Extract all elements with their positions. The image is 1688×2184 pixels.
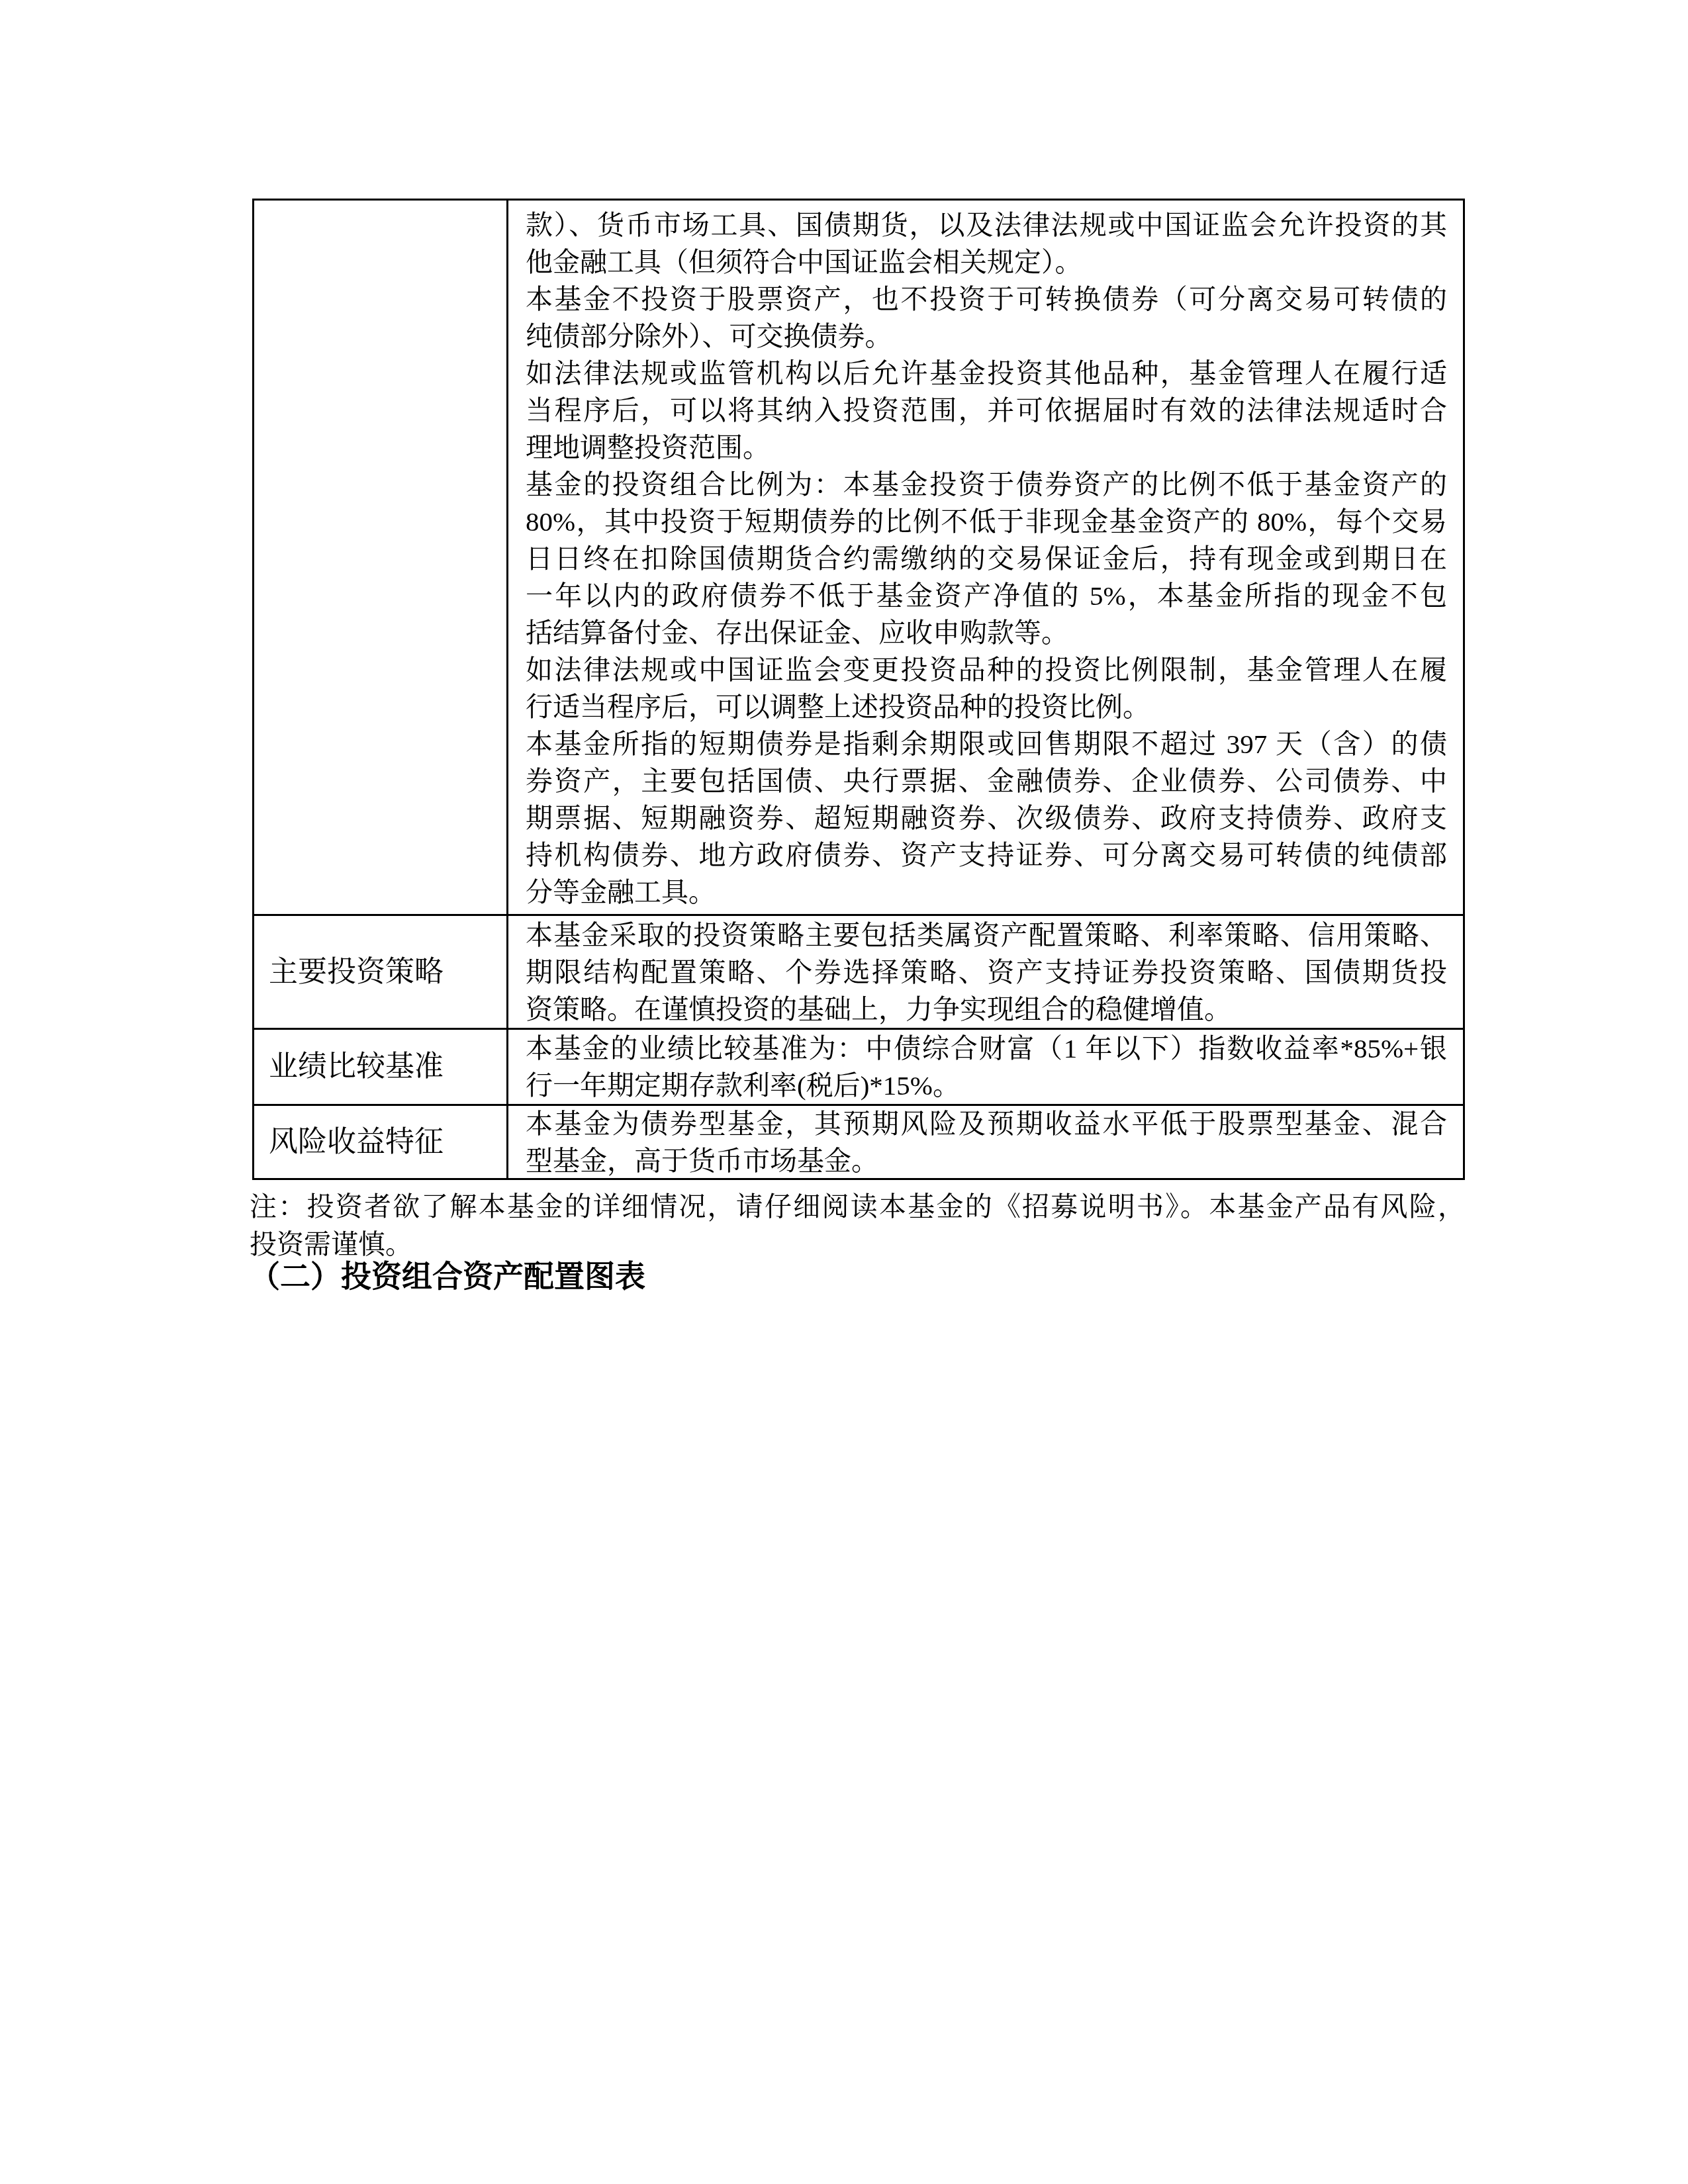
text-line: 行一年期定期存款利率(税后)*15%。 [526,1067,1447,1104]
text-line: 注：投资者欲了解本基金的详细情况，请仔细阅读本基金的《招募说明书》。本基金产品有… [250,1188,1465,1226]
text-line: 如法律法规或监管机构以后允许基金投资其他品种，基金管理人在履行适 [526,355,1447,392]
text-line: 分等金融工具。 [526,874,1447,911]
text-line: 本基金不投资于股票资产，也不投资于可转换债券（可分离交易可转债的 [526,281,1447,318]
text-line: 本基金采取的投资策略主要包括类属资产配置策略、利率策略、信用策略、 [526,917,1447,954]
text-line: 持机构债券、地方政府债券、资产支持证券、可分离交易可转债的纯债部 [526,837,1447,874]
table-row-risk-return: 风险收益特征 本基金为债券型基金，其预期风险及预期收益水平低于股票型基金、混合 … [254,1104,1463,1178]
text-line: 纯债部分除外）、可交换债券。 [526,318,1447,355]
text-line: 型基金，高于货币市场基金。 [526,1142,1447,1179]
text-line: 当程序后，可以将其纳入投资范围，并可依据届时有效的法律法规适时合 [526,392,1447,429]
text-line: 日日终在扣除国债期货合约需缴纳的交易保证金后，持有现金或到期日在 [526,540,1447,577]
text-line: 行适当程序后，可以调整上述投资品种的投资比例。 [526,688,1447,725]
footnote: 注：投资者欲了解本基金的详细情况，请仔细阅读本基金的《招募说明书》。本基金产品有… [250,1188,1465,1263]
row-label-cell-empty [254,201,508,914]
text-line: 理地调整投资范围。 [526,429,1447,466]
row-label-cell: 业绩比较基准 [254,1030,508,1104]
row-content-cell: 款）、货币市场工具、国债期货，以及法律法规或中国证监会允许投资的其 他金融工具（… [508,201,1463,914]
section-heading: （二）投资组合资产配置图表 [250,1259,645,1293]
text-line: 80%，其中投资于短期债券的比例不低于非现金基金资产的 80%，每个交易 [526,503,1447,540]
table-row-investment-scope: 款）、货币市场工具、国债期货，以及法律法规或中国证监会允许投资的其 他金融工具（… [254,201,1463,914]
text-line: 期票据、短期融资券、超短期融资券、次级债券、政府支持债券、政府支 [526,799,1447,837]
table-row-main-strategy: 主要投资策略 本基金采取的投资策略主要包括类属资产配置策略、利率策略、信用策略、… [254,914,1463,1028]
text-line: 投资需谨慎。 [250,1226,1465,1263]
text-line: 款）、货币市场工具、国债期货，以及法律法规或中国证监会允许投资的其 [526,206,1447,244]
text-line: 括结算备付金、存出保证金、应收申购款等。 [526,614,1447,651]
text-line: 如法律法规或中国证监会变更投资品种的投资比例限制，基金管理人在履 [526,651,1447,688]
text-line: 他金融工具（但须符合中国证监会相关规定）。 [526,244,1447,281]
row-label-cell: 主要投资策略 [254,916,508,1028]
text-line: 本基金所指的短期债券是指剩余期限或回售期限不超过 397 天（含）的债 [526,725,1447,762]
text-line: 基金的投资组合比例为：本基金投资于债券资产的比例不低于基金资产的 [526,466,1447,503]
text-line: 本基金的业绩比较基准为：中债综合财富（1 年以下）指数收益率*85%+银 [526,1030,1447,1067]
fund-info-table: 款）、货币市场工具、国债期货，以及法律法规或中国证监会允许投资的其 他金融工具（… [252,199,1465,1180]
row-content-cell: 本基金为债券型基金，其预期风险及预期收益水平低于股票型基金、混合 型基金，高于货… [508,1106,1463,1178]
text-line: 本基金为债券型基金，其预期风险及预期收益水平低于股票型基金、混合 [526,1105,1447,1142]
table-row-benchmark: 业绩比较基准 本基金的业绩比较基准为：中债综合财富（1 年以下）指数收益率*85… [254,1028,1463,1104]
text-line: 券资产，主要包括国债、央行票据、金融债券、企业债券、公司债券、中 [526,762,1447,799]
row-content-cell: 本基金的业绩比较基准为：中债综合财富（1 年以下）指数收益率*85%+银 行一年… [508,1030,1463,1104]
row-label-cell: 风险收益特征 [254,1106,508,1178]
text-line: 一年以内的政府债券不低于基金资产净值的 5%，本基金所指的现金不包 [526,577,1447,614]
row-content-cell: 本基金采取的投资策略主要包括类属资产配置策略、利率策略、信用策略、 期限结构配置… [508,916,1463,1028]
document-page: 款）、货币市场工具、国债期货，以及法律法规或中国证监会允许投资的其 他金融工具（… [0,0,1688,2184]
text-line: 资策略。在谨慎投资的基础上，力争实现组合的稳健增值。 [526,991,1447,1028]
text-line: 期限结构配置策略、个券选择策略、资产支持证券投资策略、国债期货投 [526,954,1447,991]
